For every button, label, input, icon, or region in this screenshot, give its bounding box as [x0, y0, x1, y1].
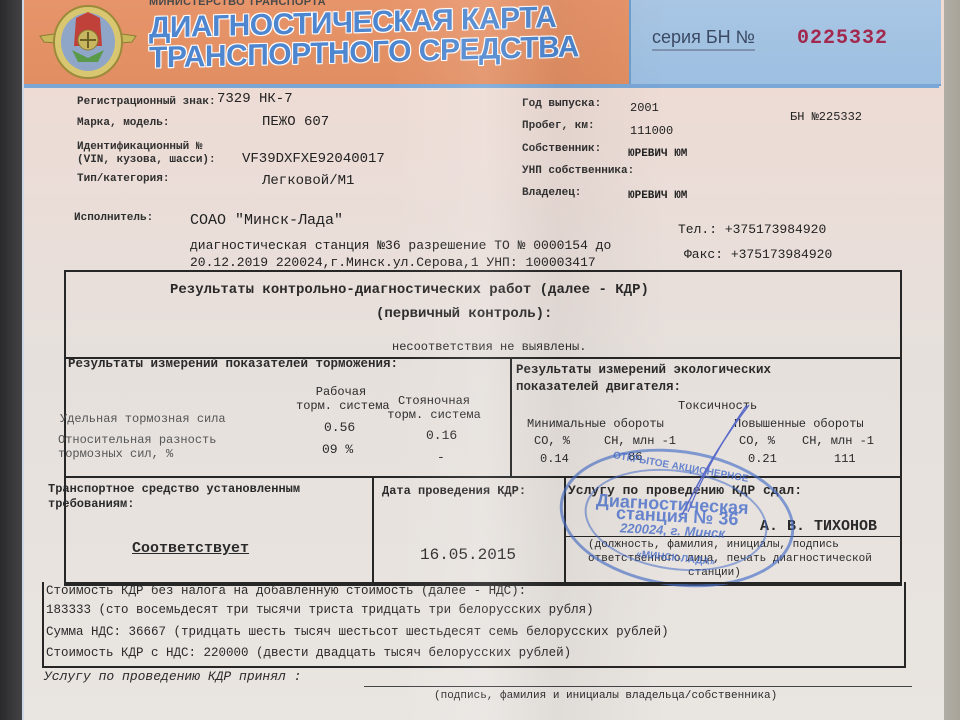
results-title-line2: (первичный контроль): — [376, 306, 552, 322]
fax-label: Факс: — [684, 247, 723, 262]
ecology-min-ch-label: CH, млн -1 — [604, 434, 676, 448]
vin-value: VF39DXFXE92040017 — [242, 151, 385, 167]
cost-without-vat-label: Стоимость КДР без налога на добавленную … — [46, 584, 526, 598]
date-value: 16.05.2015 — [420, 546, 516, 564]
divider — [372, 476, 374, 582]
holder-label: Владелец: — [522, 185, 581, 199]
bn-number: БН №225332 — [790, 110, 862, 124]
executor-label: Исполнитель: — [74, 210, 153, 224]
series-label: серия БН № — [652, 27, 755, 51]
ecology-min-rpm: Минимальные обороты — [527, 417, 664, 431]
transport-emblem-icon — [38, 2, 138, 80]
braking-title: Результаты измерений показателей торможе… — [68, 357, 398, 371]
executor-address: 20.12.2019 220024,г.Минск.ул.Серова,1 УН… — [190, 255, 596, 270]
type-label: Тип/категория: — [77, 171, 169, 185]
verdict-label: Транспортное средство установленнымтребо… — [48, 482, 300, 512]
braking-row-1-service: 0.56 — [324, 420, 355, 435]
acceptance-label: Услугу по проведению КДР принял : — [44, 669, 301, 684]
reg-sign-label: Регистрационный знак: — [77, 94, 216, 108]
series-number: 0225332 — [797, 27, 888, 50]
ecology-high-ch-label: CH, млн -1 — [802, 434, 874, 448]
divider — [510, 357, 512, 477]
year-label: Год выпуска: — [522, 96, 601, 110]
executor-fax: Факс: +375173984920 — [684, 247, 832, 262]
divider — [64, 476, 900, 478]
vat-amount: Сумма НДС: 36667 (тридцать шесть тысяч ш… — [46, 625, 669, 639]
diagnostic-card-sheet: МИНИСТЕРСТВО ТРАНСПОРТА ДИАГНОСТИЧЕСКАЯ … — [22, 0, 944, 720]
cost-with-vat: Стоимость КДР с НДС: 220000 (двести двад… — [46, 646, 571, 660]
executor-phone: Тел.: +375173984920 — [678, 222, 826, 237]
braking-row-2-service: 09 % — [322, 442, 353, 457]
reg-sign-value: 7329 НК-7 — [217, 91, 293, 107]
vin-label-line1: Идентификационный № — [77, 139, 202, 153]
cost-without-vat-value: 183333 (сто восемьдесят три тысячи трист… — [46, 603, 594, 617]
ecology-high-ch: 111 — [834, 452, 856, 466]
make-model-label: Марка, модель: — [77, 115, 169, 129]
owner-label: Собственник: — [522, 141, 601, 155]
type-value: Легковой/M1 — [262, 173, 354, 189]
ecology-min-co: 0.14 — [540, 452, 569, 466]
executor-station: диагностическая станция №36 разрешение Т… — [190, 238, 611, 253]
signature-stroke — [674, 400, 754, 520]
date-label: Дата проведения КДР: — [382, 484, 526, 498]
document-title: ДИАГНОСТИЧЕСКАЯ КАРТА ТРАНСПОРТНОГО СРЕД… — [149, 2, 579, 73]
owner-unp-label: УНП собственника: — [522, 163, 634, 177]
braking-row-1-parking: 0.16 — [426, 428, 457, 443]
verdict-value: Соответствует — [132, 540, 249, 557]
make-model-value: ПЕЖО 607 — [262, 114, 329, 130]
holder-value: ЮРЕВИЧ ЮМ — [628, 190, 687, 202]
ecology-title: Результаты измерений экологическихпоказа… — [516, 362, 771, 396]
header-rule — [24, 84, 939, 88]
ecology-min-co-label: CO, % — [534, 434, 570, 448]
phone-value: +375173984920 — [725, 222, 826, 237]
braking-col-parking: Стояночнаяторм. система — [384, 394, 484, 422]
vin-label-line2: (VIN, кузова, шасси): — [77, 152, 216, 166]
mileage-value: 111000 — [630, 124, 673, 138]
braking-row-1-label: Удельная тормозная сила — [60, 412, 226, 426]
fax-value: +375173984920 — [731, 247, 832, 262]
owner-value: ЮРЕВИЧ ЮМ — [628, 148, 687, 160]
results-summary: несоответствия не выявлены. — [392, 340, 586, 354]
signature-line — [364, 686, 912, 687]
mileage-label: Пробег, км: — [522, 118, 595, 132]
braking-row-2-label: Относительная разностьтормозных сил, % — [58, 433, 216, 461]
year-value: 2001 — [630, 101, 659, 115]
results-title-line1: Результаты контрольно-диагностических ра… — [170, 282, 649, 298]
braking-row-2-parking: - — [437, 450, 445, 465]
executor-name: СОАО "Минск-Лада" — [190, 212, 343, 229]
braking-col-service: Рабочаяторм. система — [296, 385, 386, 413]
phone-label: Тел.: — [678, 222, 717, 237]
acceptance-hint: (подпись, фамилия и инициалы владельца/с… — [434, 690, 777, 702]
